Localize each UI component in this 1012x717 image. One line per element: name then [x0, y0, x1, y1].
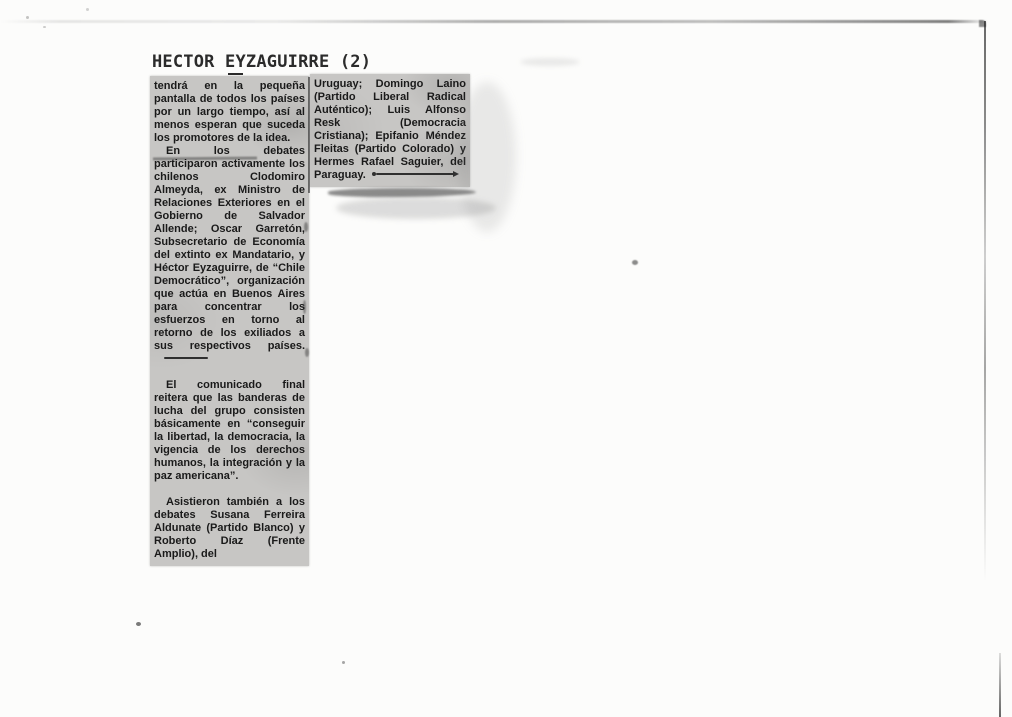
dust-speck: [43, 26, 46, 28]
paragraph: tendrá en la pequeña pantalla de todos l…: [154, 80, 305, 145]
title-underline: [228, 73, 243, 75]
clipping-title-text: HECTOR EYZAGUIRRE (2): [152, 52, 371, 72]
dust-speck: [632, 260, 638, 265]
ink-smudge: [520, 58, 580, 66]
paragraph-text: En los debates participaron activamente …: [154, 145, 305, 352]
cut-edge-speck: [303, 300, 306, 314]
paragraph: Uruguay; Domingo Laino (Partido Liberal …: [314, 78, 466, 182]
clipping-left-column: tendrá en la pequeña pantalla de todos l…: [150, 76, 309, 566]
ink-smudge: [336, 197, 496, 219]
ink-smudge: [328, 187, 476, 198]
scan-edge-bottom-right: [999, 653, 1001, 717]
dust-speck: [26, 16, 29, 19]
dash-arrow-rule: [376, 173, 454, 175]
paragraph: En los debates participaron activamente …: [154, 145, 305, 366]
scan-edge-corner: [979, 20, 986, 27]
paragraph-text: tendrá en la pequeña pantalla de todos l…: [154, 80, 305, 144]
clipping-cut-edge: [308, 77, 310, 193]
scanned-page: HECTOR EYZAGUIRRE (2) tendrá en la peque…: [0, 0, 1012, 717]
clipping-title: HECTOR EYZAGUIRRE (2): [152, 52, 371, 72]
paragraph-text: Uruguay; Domingo Laino (Partido Liberal …: [314, 78, 466, 181]
paragraph-text: Asistieron también a los debates Susana …: [154, 496, 305, 560]
clipping-right-column: Uruguay; Domingo Laino (Partido Liberal …: [310, 74, 470, 187]
dash-rule: [164, 357, 208, 359]
dust-speck: [136, 622, 141, 626]
paragraph: El comunicado final reitera que las band…: [154, 379, 305, 483]
paragraph: Asistieron también a los debates Susana …: [154, 496, 305, 561]
paragraph-text: El comunicado final reitera que las band…: [154, 379, 305, 482]
scan-edge-top: [0, 20, 988, 23]
cut-edge-speck: [304, 222, 308, 232]
dust-speck: [342, 661, 345, 664]
dust-speck: [86, 8, 89, 11]
cut-edge-speck: [305, 348, 309, 357]
scan-edge-right: [984, 21, 986, 581]
